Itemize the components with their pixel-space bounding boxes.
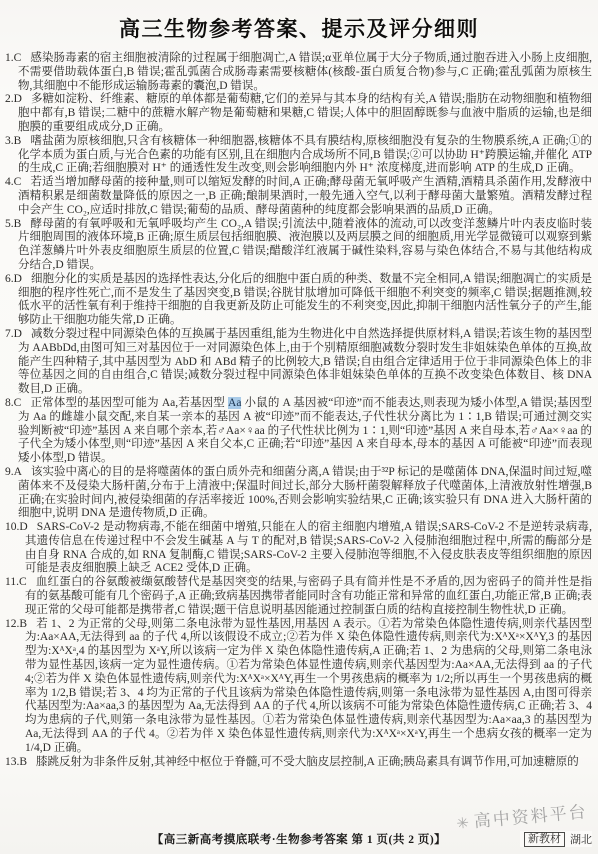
answer-item: 9.A该实验中离心的目的是将噬菌体的蛋白质外壳和细菌分离,A 错误;由于³²P … <box>5 466 592 521</box>
answer-text: 嗜盐菌为原核细胞,只含有核糖体一种细胞器,核糖体不具有膜结构,原核细胞没有复杂的… <box>18 135 592 175</box>
answer-item: 11.C血红蛋白的谷氨酸被缬氨酸替代是基因突变的结果,与密码子具有简并性是不矛盾… <box>5 576 592 617</box>
answer-item: 2.D多糖如淀粉、纤维素、糖原的单体都是葡萄糖,它们的差异与其本身的结构有关,A… <box>5 93 592 134</box>
answer-number: 9.A <box>5 466 22 478</box>
watermark: ✳高中资料平台 <box>456 797 589 833</box>
answer-list: 1.C感染肠毒素的宿主细胞被清除的过程属于细胞凋亡,A 错误;α亚单位属于大分子… <box>0 43 598 769</box>
highlighted-text: Aa <box>228 397 241 409</box>
answer-number: 2.D <box>5 93 22 105</box>
answer-number: 10.D <box>5 521 28 533</box>
watermark-text: 高中资料平台 <box>474 802 589 831</box>
answer-text: 正常体型的基因型可能为 Aa,若基因型 <box>30 397 228 409</box>
answer-number: 3.B <box>5 135 21 147</box>
answer-number: 4.C <box>5 176 21 188</box>
answer-text: 该实验中离心的目的是将噬菌体的蛋白质外壳和细菌分离,A 错误;由于³²P 标记的… <box>18 466 592 519</box>
answer-number: 11.C <box>5 576 27 588</box>
answer-number: 8.C <box>5 397 21 409</box>
region-label: 湖北 <box>570 831 592 847</box>
answer-text: 若适当增加酵母菌的接种量,则可以缩短发酵的时间,A 正确;酵母菌无氧呼吸产生酒精… <box>18 176 592 216</box>
footer-subject: 生物参考答案 <box>276 834 348 846</box>
answer-item: 7.D减数分裂过程中同源染色体的互换属于基因重组,能为生物进化中自然选择提供原材… <box>5 328 592 397</box>
answer-text: 减数分裂过程中同源染色体的互换属于基因重组,能为生物进化中自然选择提供原材料,A… <box>18 328 592 395</box>
answer-text: SARS-CoV-2 是动物病毒,不能在细菌中增殖,只能在人的宿主细胞内增殖,A… <box>25 521 592 574</box>
answer-item: 10.DSARS-CoV-2 是动物病毒,不能在细菌中增殖,只能在人的宿主细胞内… <box>5 521 592 576</box>
footer-exam-name: 【高三新高考摸底联考· <box>152 834 276 846</box>
answer-number: 1.C <box>5 52 21 64</box>
answer-number: 7.D <box>5 328 22 340</box>
answer-item: 5.B酵母菌的有氧呼吸和无氧呼吸均产生 CO₂,A 错误;引流法中,随着液体的流… <box>5 218 592 273</box>
answer-text: 多糖如淀粉、纤维素、糖原的单体都是葡萄糖,它们的差异与其本身的结构有关,A 错误… <box>18 93 592 133</box>
answer-item: 4.C若适当增加酵母菌的接种量,则可以缩短发酵的时间,A 正确;酵母菌无氧呼吸产… <box>5 176 592 217</box>
edition-badge: 新教材 <box>524 832 565 847</box>
answer-item: 13.B膝跳反射为非条件反射,其神经中枢位于脊髓,可不受大脑皮层控制,A 正确;… <box>5 756 592 770</box>
footer-page-number: 第 1 页(共 2 页)】 <box>348 834 446 846</box>
answer-item: 12.B若 1、2 为正常的父母,则第二条电泳带为显性基因,用基因 A 表示。①… <box>5 618 592 756</box>
answer-item: 6.D细胞分化的实质是基因的选择性表达,分化后的细胞中蛋白质的种类、数量不完全相… <box>5 273 592 328</box>
document-page: 高三生物参考答案、提示及评分细则 1.C感染肠毒素的宿主细胞被清除的过程属于细胞… <box>0 0 598 854</box>
answer-number: 12.B <box>5 618 27 630</box>
answer-text: 膝跳反射为非条件反射,其神经中枢位于脊髓,可不受大脑皮层控制,A 正确;胰岛素具… <box>36 756 579 768</box>
footer-page-info: 【高三新高考摸底联考·生物参考答案 第 1 页(共 2 页)】 <box>0 831 598 847</box>
answer-item: 1.C感染肠毒素的宿主细胞被清除的过程属于细胞凋亡,A 错误;α亚单位属于大分子… <box>5 52 592 93</box>
footer-badges: 新教材 湖北 <box>520 831 592 847</box>
answer-text: 若 1、2 为正常的父母,则第二条电泳带为显性基因,用基因 A 表示。①若为常染… <box>25 618 592 754</box>
answer-text: 细胞分化的实质是基因的选择性表达,分化后的细胞中蛋白质的种类、数量不完全相同,A… <box>18 273 592 326</box>
answer-text: 血红蛋白的谷氨酸被缬氨酸替代是基因突变的结果,与密码子具有简并性是不矛盾的,因为… <box>25 576 592 616</box>
answer-item: 3.B嗜盐菌为原核细胞,只含有核糖体一种细胞器,核糖体不具有膜结构,原核细胞没有… <box>5 135 592 176</box>
answer-number: 5.B <box>5 218 21 230</box>
answer-number: 13.B <box>5 756 27 768</box>
page-title: 高三生物参考答案、提示及评分细则 <box>0 0 598 43</box>
answer-number: 6.D <box>5 273 22 285</box>
watermark-star-icon: ✳ <box>456 814 472 832</box>
answer-text: 酵母菌的有氧呼吸和无氧呼吸均产生 CO₂,A 错误;引流法中,随着液体的流动,可… <box>18 218 592 271</box>
answer-text: 感染肠毒素的宿主细胞被清除的过程属于细胞凋亡,A 错误;α亚单位属于大分子物质,… <box>18 52 592 92</box>
answer-item: 8.C正常体型的基因型可能为 Aa,若基因型 Aa 小鼠的 A 基因被“印迹”而… <box>5 397 592 466</box>
